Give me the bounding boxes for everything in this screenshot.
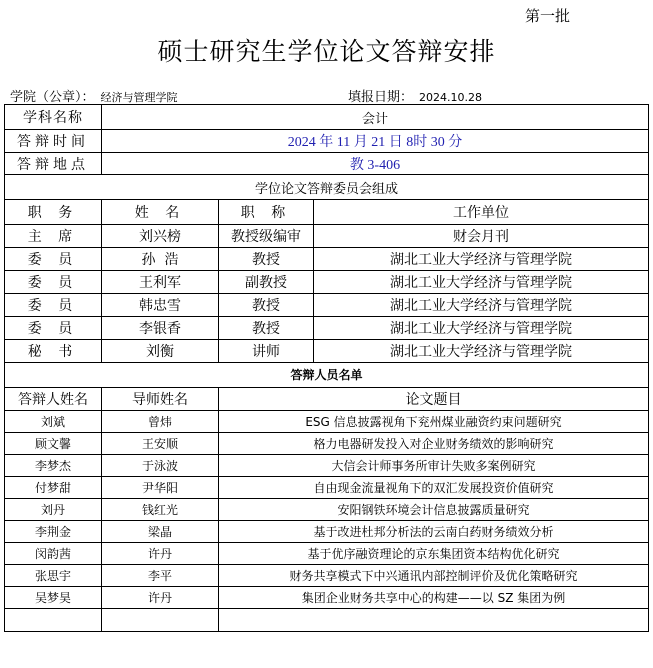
committee-name: 韩忠雪 <box>102 294 219 317</box>
thesis-topic: 格力电器研发投入对企业财务绩效的影响研究 <box>219 432 649 454</box>
committee-title: 教授 <box>219 248 314 271</box>
defense-row: 顾文馨 王安顺 格力电器研发投入对企业财务绩效的影响研究 <box>5 432 649 454</box>
place-label: 答辩地点 <box>5 153 102 175</box>
time-value: 2024 年 11 月 21 日 8时 30 分 <box>102 130 649 153</box>
subject-label: 学科名称 <box>5 105 102 130</box>
committee-unit: 湖北工业大学经济与管理学院 <box>314 340 649 363</box>
student-name: 吴梦昊 <box>5 586 102 608</box>
defense-header-row: 答辩人姓名 导师姓名 论文题目 <box>5 387 649 410</box>
col-header-student: 答辩人姓名 <box>5 387 102 410</box>
time-row: 答辩时间 2024 年 11 月 21 日 8时 30 分 <box>5 130 649 153</box>
student-name: 顾文馨 <box>5 432 102 454</box>
batch-label: 第一批 <box>525 5 570 26</box>
thesis-topic: 财务共享模式下中兴通讯内部控制评价及优化策略研究 <box>219 564 649 586</box>
student-name: 闵韵茜 <box>5 542 102 564</box>
committee-header-row: 职 务 姓 名 职 称 工作单位 <box>5 200 649 225</box>
defense-row: 付梦甜 尹华阳 自由现金流量视角下的双汇发展投资价值研究 <box>5 476 649 498</box>
college-label: 学院（公章）： <box>10 90 95 105</box>
committee-name: 孙 浩 <box>102 248 219 271</box>
advisor-name: 尹华阳 <box>102 476 219 498</box>
committee-role: 秘 书 <box>5 340 102 363</box>
col-header-title: 职 称 <box>219 200 314 225</box>
thesis-topic: 自由现金流量视角下的双汇发展投资价值研究 <box>219 476 649 498</box>
col-header-role: 职 务 <box>5 200 102 225</box>
col-header-advisor: 导师姓名 <box>102 387 219 410</box>
student-name <box>5 608 102 631</box>
defense-section-title: 答辩人员名单 <box>5 362 649 387</box>
committee-row: 委 员 李银香 教授 湖北工业大学经济与管理学院 <box>5 317 649 340</box>
college-field: 学院（公章）：经济与管理学院 <box>10 86 178 105</box>
defense-list-table: 答辩人员名单 答辩人姓名 导师姓名 论文题目 刘斌 曾炜 ESG 信息披露视角下… <box>4 362 649 632</box>
defense-row: 刘斌 曾炜 ESG 信息披露视角下兖州煤业融资约束问题研究 <box>5 410 649 432</box>
committee-name: 李银香 <box>102 317 219 340</box>
committee-title: 教授 <box>219 294 314 317</box>
advisor-name <box>102 608 219 631</box>
advisor-name: 许丹 <box>102 542 219 564</box>
student-name: 刘斌 <box>5 410 102 432</box>
committee-row: 委 员 韩忠雪 教授 湖北工业大学经济与管理学院 <box>5 294 649 317</box>
page-title: 硕士研究生学位论文答辩安排 <box>0 32 653 68</box>
thesis-topic: 基于优序融资理论的京东集团资本结构优化研究 <box>219 542 649 564</box>
college-value: 经济与管理学院 <box>101 91 178 104</box>
advisor-name: 曾炜 <box>102 410 219 432</box>
place-row: 答辩地点 教 3-406 <box>5 153 649 175</box>
student-name: 张思宇 <box>5 564 102 586</box>
defense-section-row: 答辩人员名单 <box>5 362 649 387</box>
student-name: 李梦杰 <box>5 454 102 476</box>
student-name: 李荆金 <box>5 520 102 542</box>
advisor-name: 于泳波 <box>102 454 219 476</box>
committee-title: 教授 <box>219 317 314 340</box>
committee-row: 秘 书 刘衡 讲师 湖北工业大学经济与管理学院 <box>5 340 649 363</box>
committee-row: 委 员 王利军 副教授 湖北工业大学经济与管理学院 <box>5 271 649 294</box>
committee-unit: 湖北工业大学经济与管理学院 <box>314 248 649 271</box>
thesis-topic: 基于改进杜邦分析法的云南白药财务绩效分析 <box>219 520 649 542</box>
committee-role: 委 员 <box>5 317 102 340</box>
advisor-name: 李平 <box>102 564 219 586</box>
thesis-topic: 集团企业财务共享中心的构建——以 SZ 集团为例 <box>219 586 649 608</box>
committee-role: 委 员 <box>5 271 102 294</box>
thesis-topic: 大信会计师事务所审计失败多案例研究 <box>219 454 649 476</box>
committee-title: 讲师 <box>219 340 314 363</box>
defense-row: 闵韵茜 许丹 基于优序融资理论的京东集团资本结构优化研究 <box>5 542 649 564</box>
info-committee-table: 学科名称 会计 答辩时间 2024 年 11 月 21 日 8时 30 分 答辩… <box>4 104 649 363</box>
time-label: 答辩时间 <box>5 130 102 153</box>
thesis-topic <box>219 608 649 631</box>
place-value: 教 3-406 <box>102 153 649 175</box>
advisor-name: 钱红光 <box>102 498 219 520</box>
committee-section-title: 学位论文答辩委员会组成 <box>5 175 649 200</box>
col-header-name: 姓 名 <box>102 200 219 225</box>
committee-name: 王利军 <box>102 271 219 294</box>
defense-row: 李梦杰 于泳波 大信会计师事务所审计失败多案例研究 <box>5 454 649 476</box>
subject-row: 学科名称 会计 <box>5 105 649 130</box>
defense-row: 吴梦昊 许丹 集团企业财务共享中心的构建——以 SZ 集团为例 <box>5 586 649 608</box>
committee-title: 副教授 <box>219 271 314 294</box>
advisor-name: 王安顺 <box>102 432 219 454</box>
defense-row-empty <box>5 608 649 631</box>
committee-role: 委 员 <box>5 294 102 317</box>
col-header-topic: 论文题目 <box>219 387 649 410</box>
committee-name: 刘兴榜 <box>102 225 219 248</box>
thesis-topic: 安阳钢铁环境会计信息披露质量研究 <box>219 498 649 520</box>
thesis-topic: ESG 信息披露视角下兖州煤业融资约束问题研究 <box>219 410 649 432</box>
col-header-unit: 工作单位 <box>314 200 649 225</box>
student-name: 刘丹 <box>5 498 102 520</box>
defense-row: 张思宇 李平 财务共享模式下中兴通讯内部控制评价及优化策略研究 <box>5 564 649 586</box>
advisor-name: 许丹 <box>102 586 219 608</box>
committee-unit: 财会月刊 <box>314 225 649 248</box>
committee-unit: 湖北工业大学经济与管理学院 <box>314 317 649 340</box>
date-field: 填报日期：2024.10.28 <box>348 86 482 105</box>
committee-role: 委 员 <box>5 248 102 271</box>
committee-name: 刘衡 <box>102 340 219 363</box>
committee-row: 主 席 刘兴榜 教授级编审 财会月刊 <box>5 225 649 248</box>
subject-value: 会计 <box>102 105 649 130</box>
arrangement-table: 学科名称 会计 答辩时间 2024 年 11 月 21 日 8时 30 分 答辩… <box>4 104 648 632</box>
committee-section-row: 学位论文答辩委员会组成 <box>5 175 649 200</box>
committee-role: 主 席 <box>5 225 102 248</box>
date-value: 2024.10.28 <box>419 91 482 104</box>
committee-title: 教授级编审 <box>219 225 314 248</box>
committee-unit: 湖北工业大学经济与管理学院 <box>314 271 649 294</box>
defense-row: 刘丹 钱红光 安阳钢铁环境会计信息披露质量研究 <box>5 498 649 520</box>
defense-row: 李荆金 梁晶 基于改进杜邦分析法的云南白药财务绩效分析 <box>5 520 649 542</box>
student-name: 付梦甜 <box>5 476 102 498</box>
date-label: 填报日期： <box>348 90 413 105</box>
committee-unit: 湖北工业大学经济与管理学院 <box>314 294 649 317</box>
committee-row: 委 员 孙 浩 教授 湖北工业大学经济与管理学院 <box>5 248 649 271</box>
advisor-name: 梁晶 <box>102 520 219 542</box>
